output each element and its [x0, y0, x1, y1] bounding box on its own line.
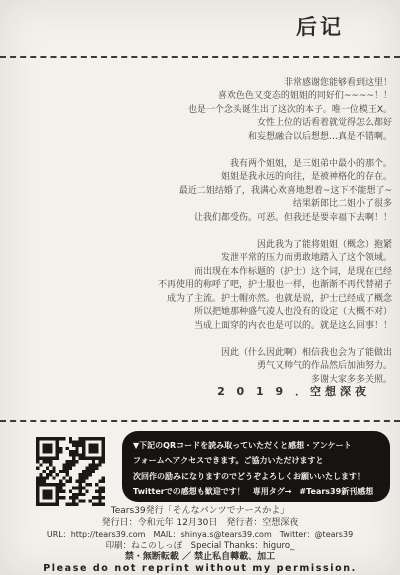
afterword-line: 因此（什么因此啊）相信我也会为了能做出 [40, 347, 392, 360]
afterword-line: 当成上面穿的内衣也是可以的。就是这么回事！！ [40, 320, 392, 333]
colophon-print-line: 印刷：ねこのしっぽ Special Thanks：higuro_ [0, 541, 400, 552]
dashed-divider-bottom [0, 420, 400, 422]
qr-code-icon [36, 437, 105, 506]
afterword-line: 成为了主流。护士帽亦然。也就是说，护士已经成了概念 [40, 293, 392, 306]
afterword-line: 姐姐是我永远的向往，是被神格化的存在。 [40, 171, 392, 184]
afterword-line: 女性上位的话看着就觉得怎么都好 [40, 117, 392, 130]
afterword-line: 结果新郎比二姐小了很多 [40, 198, 392, 211]
afterword-line: 和妄想融合以后想想…真是不错啊。 [40, 131, 392, 144]
afterword-line: 而出现在本作标题的（护士）这个词，是现在已经 [40, 266, 392, 279]
afterword-paragraph-4: 因此（什么因此啊）相信我也会为了能做出 勇气又帅气的作品然后加油努力。 多谢大家… [40, 347, 392, 387]
afterword-page: 后记 非常感谢您能够看到这里！ 喜欢色色又变态的姐姐的同好们~~~~！！ 也是一… [0, 0, 400, 575]
afterword-line: 所以把她那种盛气凌人也没有的设定（大概不对） [40, 306, 392, 319]
colophon: Tears39発行「そんなパンツでナースかよ」 発行日：令和元年 12月30日 … [0, 505, 400, 575]
afterword-line: 让我们都受伤。可恶。但我还是要幸福下去啊！！ [40, 212, 392, 225]
colophon-english-notice: Please do not reprint without my permiss… [0, 563, 400, 575]
afterword-line: 非常感谢您能够看到这里！ [40, 77, 392, 90]
colophon-date-line: 発行日：令和元年 12月30日 発行者：空想深夜 [0, 517, 400, 529]
qr-notice-line: フォームへアクセスできます。ご協力いただけますと [133, 453, 379, 468]
afterword-paragraph-1: 非常感谢您能够看到这里！ 喜欢色色又变态的姐姐的同好们~~~~！！ 也是一个念头… [40, 77, 392, 144]
page-title: 后记 [296, 11, 344, 41]
afterword-paragraph-3: 因此我为了能将姐姐（概念）抱紧 发泄平常的压力而勇敢地踏入了这个领域。 而出现在… [40, 239, 392, 333]
afterword-line: 因此我为了能将姐姐（概念）抱紧 [40, 239, 392, 252]
afterword-text: 非常感谢您能够看到这里！ 喜欢色色又变态的姐姐的同好们~~~~！！ 也是一个念头… [40, 77, 392, 387]
qr-notice-line: Twitterでの感想も歓迎です！ 専用タグ→ #Tears39新刊感想 [133, 484, 379, 499]
afterword-line: 发泄平常的压力而勇敢地踏入了这个领域。 [40, 252, 392, 265]
afterword-line: 不再使用的称呼了吧，护士服也一样，也渐渐不再代替裙子 [40, 279, 392, 292]
qr-notice-line: ▼下記のQRコードを読み取っていただくと感想・アンケート [133, 438, 379, 453]
qr-notice-box: ▼下記のQRコードを読み取っていただくと感想・アンケート フォームへアクセスでき… [122, 431, 390, 502]
author-signature: 2 0 1 9 ．空想深夜 [217, 383, 370, 399]
qr-notice-line: 次回作の励みになりますのでどうぞよろしくお願いいたします！ [133, 469, 379, 484]
afterword-line: 最近二姐结婚了，我满心欢喜地想着~这下不能想了~ [40, 185, 392, 198]
afterword-line: 也是一个念头诞生出了这次的本子。唯一位模王X。 [40, 104, 392, 117]
afterword-line: 勇气又帅气的作品然后加油努力。 [40, 360, 392, 373]
afterword-line: 我有两个姐姐，是三姐弟中最小的那个。 [40, 158, 392, 171]
colophon-title-line: Tears39発行「そんなパンツでナースかよ」 [0, 505, 400, 517]
colophon-noreprint-line: 禁・無断転載 ／ 禁止私自轉載、加工 [0, 552, 400, 564]
afterword-line: 喜欢色色又变态的姐姐的同好们~~~~！！ [40, 90, 392, 103]
afterword-paragraph-2: 我有两个姐姐，是三姐弟中最小的那个。 姐姐是我永远的向往，是被神格化的存在。 最… [40, 158, 392, 225]
dashed-divider-top [0, 56, 400, 58]
colophon-contact-line: URL：http://tears39.com MAIL：shinya.s@tea… [0, 529, 400, 541]
